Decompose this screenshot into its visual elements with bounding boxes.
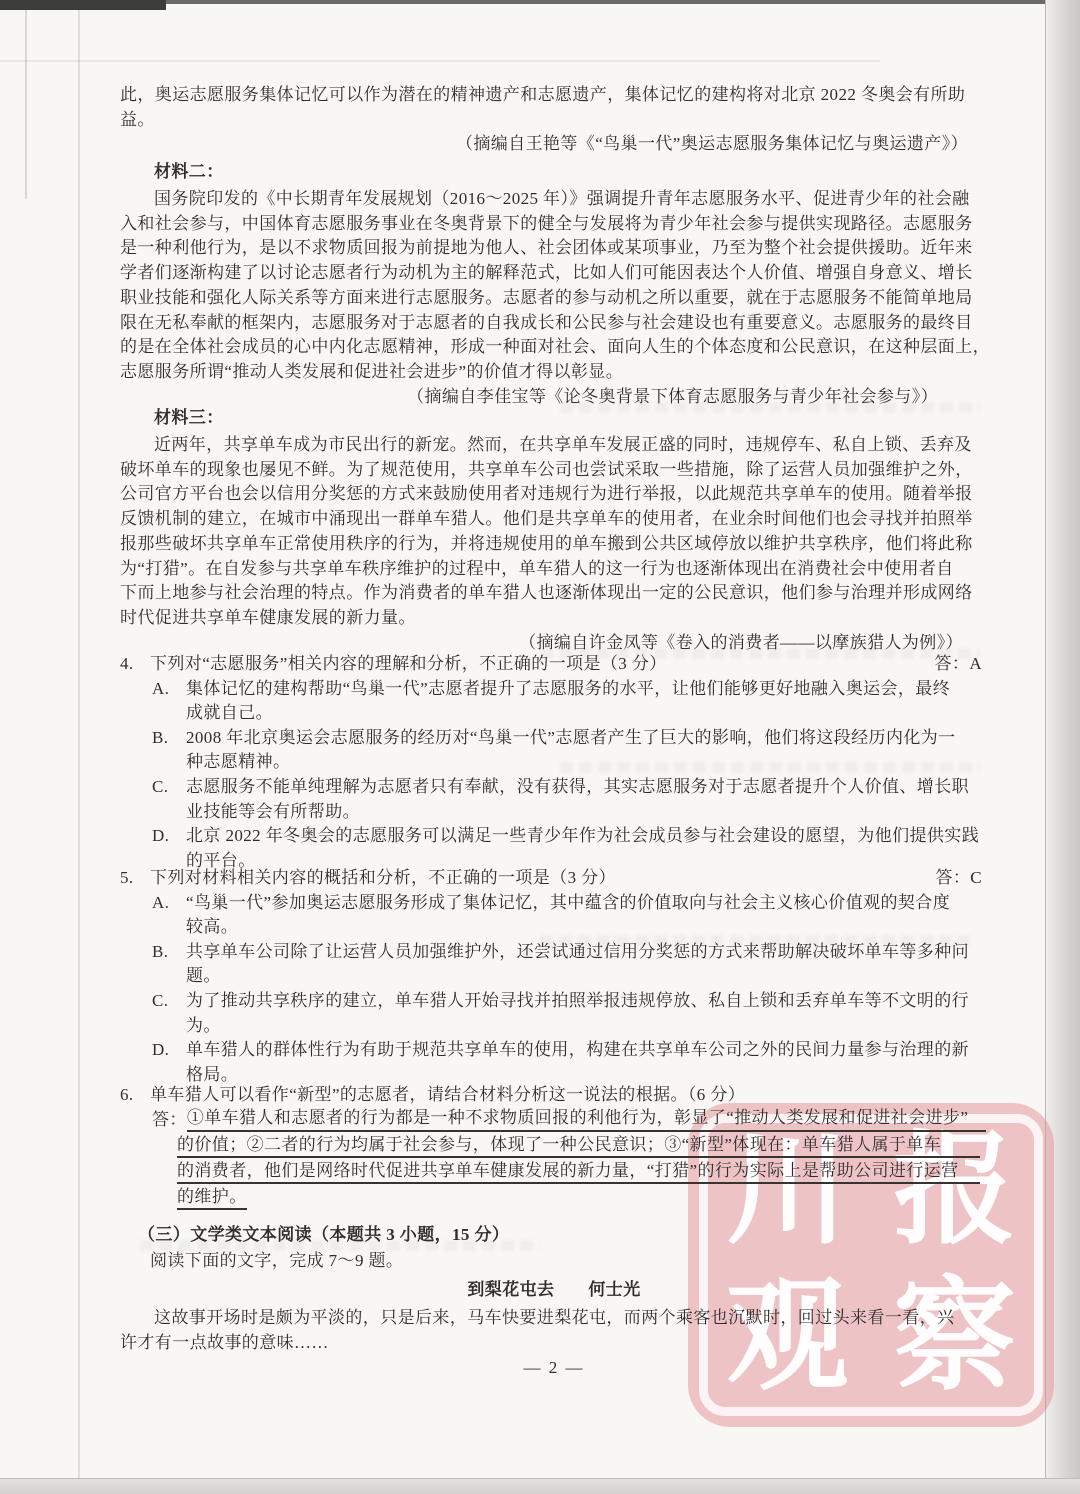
option-text-line: 集体记忆的建构帮助“鸟巢一代”志愿者提升了志愿服务的水平，让他们能够更好地融入奥… bbox=[186, 677, 988, 702]
material2-body: 国务院印发的《中长期青年发展规划（2016～2025 年）》强调提升青年志愿服务… bbox=[120, 187, 988, 409]
option-text-line: 业技能等会有所帮助。 bbox=[120, 800, 988, 825]
answer-key: 答：A bbox=[935, 652, 988, 677]
scan-left-line bbox=[25, 4, 27, 199]
body-text-line: 这故事开场时是颇为平淡的，只是后来，马车快要进梨花屯，而两个乘客也沉默时，回过头… bbox=[120, 1306, 988, 1331]
body-text-line: 近两年，共享单车成为市民出行的新宠。然而，在共享单车发展正盛的同时，违规停车、私… bbox=[120, 433, 988, 458]
option-label: D. bbox=[152, 1038, 186, 1063]
body-text-line: 公司官方平台也会以信用分奖惩的方式来鼓励使用者对违规行为进行举报，以此规范共享单… bbox=[120, 482, 988, 507]
body-text-line: 入和社会参与，中国体育志愿服务事业在冬奥背景下的健全与发展将为青少年社会参与提供… bbox=[120, 212, 988, 237]
question-number: 4. bbox=[120, 652, 150, 677]
page-number: — 2 — bbox=[120, 1356, 988, 1381]
body-text-line: 报那些破坏共享单车正常使用秩序的行为，并将违规使用的单车搬到公共区域停放以维护共… bbox=[120, 532, 988, 557]
option-label: C. bbox=[152, 989, 186, 1014]
material1-ending: 此，奥运志愿服务集体记忆可以作为潜在的精神遗产和志愿遗产，集体记忆的建构将对北京… bbox=[120, 83, 988, 157]
option-text-line: 单车猎人的群体性行为有助于规范共享单车的使用，构建在共享单车公司之外的民间力量参… bbox=[186, 1038, 988, 1063]
section-3: （三）文学类文本阅读（本题共 3 小题，15 分） 阅读下面的文字，完成 7～9… bbox=[120, 1222, 988, 1274]
option-label: A. bbox=[152, 677, 186, 702]
option-text-line: 为。 bbox=[120, 1014, 988, 1039]
material2-label: 材料二： bbox=[120, 160, 988, 185]
question-6: 6. 单车猎人可以看作“新型”的志愿者，请结合材料分析这一说法的根据。（6 分）… bbox=[120, 1082, 988, 1210]
question-number: 5. bbox=[120, 866, 150, 891]
material-heading: 材料二： bbox=[120, 160, 988, 185]
body-text-line: 国务院印发的《中长期青年发展规划（2016～2025 年）》强调提升青年志愿服务… bbox=[120, 187, 988, 212]
material-heading: 材料三： bbox=[120, 406, 988, 431]
section-heading: （三）文学类文本阅读（本题共 3 小题，15 分） bbox=[120, 1222, 988, 1248]
option-b: B. 共享单车公司除了让运营人员加强维护外，还尝试通过信用分奖惩的方式来帮助解决… bbox=[120, 940, 988, 965]
story-opening: 这故事开场时是颇为平淡的，只是后来，马车快要进梨花屯，而两个乘客也沉默时，回过头… bbox=[120, 1306, 988, 1355]
option-text-line: 志愿服务不能单纯理解为志愿者只有奉献，没有获得，其实志愿服务对于志愿者提升个人价… bbox=[186, 775, 988, 800]
option-label: B. bbox=[152, 940, 186, 965]
body-text-line: 志愿服务所谓“推动人类发展和促进社会进步”的价值才得以彰显。 bbox=[120, 360, 988, 385]
option-b: B. 2008 年北京奥运会志愿服务的经历对“鸟巢一代”志愿者产生了巨大的影响，… bbox=[120, 726, 988, 751]
scanned-exam-page: 川 报 观 察 此，奥运志愿服务集体记忆可以作为潜在的精神遗产和志愿遗产，集体记… bbox=[0, 0, 1080, 1494]
q6-answer: 答： ①单车猎人和志愿者的行为都是一种不求物质回报的利他行为，彰显了“推动人类发… bbox=[120, 1107, 988, 1132]
option-text-line: 共享单车公司除了让运营人员加强维护外，还尝试通过信用分奖惩的方式来帮助解决破坏单… bbox=[186, 940, 988, 965]
body-text-line: 反馈机制的建立，在城市中涌现出一群单车猎人。他们是共享单车的使用者，在业余时间他… bbox=[120, 507, 988, 532]
answer-text-line-underlined: ①单车猎人和志愿者的行为都是一种不求物质回报的利他行为，彰显了“推动人类发展和促… bbox=[187, 1107, 986, 1132]
option-a: A. 集体记忆的建构帮助“鸟巢一代”志愿者提升了志愿服务的水平，让他们能够更好地… bbox=[120, 677, 988, 702]
body-text-line: 下而上地参与社会治理的特点。作为消费者的单车猎人也逐渐体现出一定的公民意识，他们… bbox=[120, 581, 988, 606]
answer-key: 答：C bbox=[935, 866, 988, 891]
body-text-line: 时代促进共享单车健康发展的新力量。 bbox=[120, 606, 988, 631]
body-text-line: 是一种利他行为，是以不求物质回报为前提地为他人、社会团体或某项事业，乃至为整个社… bbox=[120, 236, 988, 261]
question-stem: 单车猎人可以看作“新型”的志愿者，请结合材料分析这一说法的根据。（6 分） bbox=[150, 1082, 988, 1107]
option-text-line: 2008 年北京奥运会志愿服务的经历对“鸟巢一代”志愿者产生了巨大的影响，他们将… bbox=[186, 726, 988, 751]
option-label: B. bbox=[152, 726, 186, 751]
option-text-line: 题。 bbox=[120, 964, 988, 989]
answer-text-line-underlined: 的维护。 bbox=[177, 1186, 247, 1210]
scan-edge-bottom bbox=[0, 1478, 1080, 1494]
body-text-line: 学者们逐渐构建了以讨论志愿者行为动机为主的解释范式，比如人们可能因表达个人价值、… bbox=[120, 261, 988, 286]
material3-body: 近两年，共享单车成为市民出行的新宠。然而，在共享单车发展正盛的同时，违规停车、私… bbox=[120, 433, 988, 655]
option-text-line: 为了推动共享秩序的建立，单车猎人开始寻找并拍照举报违规停放、私自上锁和丢弃单车等… bbox=[186, 989, 988, 1014]
body-text-line: 许才有一点故事的意味…… bbox=[120, 1331, 988, 1356]
option-c: C. 为了推动共享秩序的建立，单车猎人开始寻找并拍照举报违规停放、私自上锁和丢弃… bbox=[120, 989, 988, 1014]
page-fold-line bbox=[78, 8, 80, 1478]
body-text-line: 职业技能和强化人际关系等方面来进行志愿服务。志愿者的参与动机之所以重要，就在于志… bbox=[120, 286, 988, 311]
material3-label: 材料三： bbox=[120, 406, 988, 431]
option-c: C. 志愿服务不能单纯理解为志愿者只有奉献，没有获得，其实志愿服务对于志愿者提升… bbox=[120, 775, 988, 800]
body-text-line: 的是在全体社会成员的心中内化志愿精神，形成一种面对社会、面向人生的个体态度和公民… bbox=[120, 335, 988, 360]
option-label: A. bbox=[152, 891, 186, 916]
body-text-line: 此，奥运志愿服务集体记忆可以作为潜在的精神遗产和志愿遗产，集体记忆的建构将对北京… bbox=[120, 83, 988, 108]
question-number: 6. bbox=[120, 1082, 150, 1107]
story-title-row: 到梨花屯去 何士光 bbox=[120, 1278, 988, 1303]
option-d: D. 北京 2022 年冬奥会的志愿服务可以满足一些青少年作为社会成员参与社会建… bbox=[120, 824, 988, 849]
question-stem: 下列对材料相关内容的概括和分析，不正确的一项是（3 分） bbox=[150, 866, 935, 891]
scan-horizontal-line bbox=[0, 60, 880, 62]
option-text-line: 较高。 bbox=[120, 915, 988, 940]
body-text-line: 限在无私奉献的框架内，志愿服务对于志愿者的自我成长和公民参与社会建设也有重要意义… bbox=[120, 311, 988, 336]
option-label: D. bbox=[152, 824, 186, 849]
question-5: 5. 下列对材料相关内容的概括和分析，不正确的一项是（3 分） 答：C A. “… bbox=[120, 866, 988, 1087]
question-4: 4. 下列对“志愿服务”相关内容的理解和分析，不正确的一项是（3 分） 答：A … bbox=[120, 652, 988, 873]
story-author: 何士光 bbox=[588, 1278, 640, 1303]
option-label: C. bbox=[152, 775, 186, 800]
body-text-line: 为“打猎”。在自发参与共享单车秩序维护的过程中，单车猎人的这一行为也逐渐体现出在… bbox=[120, 557, 988, 582]
answer-text-line-underlined: 的价值；②二者的行为均属于社会参与，体现了一种公民意识；③“新型”体现在：单车猎… bbox=[177, 1134, 980, 1158]
option-text-line: 北京 2022 年冬奥会的志愿服务可以满足一些青少年作为社会成员参与社会建设的愿… bbox=[186, 824, 988, 849]
option-text-line: 种志愿精神。 bbox=[120, 750, 988, 775]
section-instruction: 阅读下面的文字，完成 7～9 题。 bbox=[120, 1248, 988, 1274]
body-text-line: 破坏单车的现象也屡见不鲜。为了规范使用，共享单车公司也尝试采取一些措施，除了运营… bbox=[120, 458, 988, 483]
option-text-line: “鸟巢一代”参加奥运志愿服务形成了集体记忆，其中蕴含的价值取向与社会主义核心价值… bbox=[186, 891, 988, 916]
source-attribution: （摘编自王艳等《“鸟巢一代”奥运志愿服务集体记忆与奥运遗产》） bbox=[120, 132, 988, 157]
body-text-line: 益。 bbox=[120, 108, 988, 133]
option-a: A. “鸟巢一代”参加奥运志愿服务形成了集体记忆，其中蕴含的价值取向与社会主义核… bbox=[120, 891, 988, 916]
option-text-line: 成就自己。 bbox=[120, 701, 988, 726]
option-d: D. 单车猎人的群体性行为有助于规范共享单车的使用，构建在共享单车公司之外的民间… bbox=[120, 1038, 988, 1063]
question-stem: 下列对“志愿服务”相关内容的理解和分析，不正确的一项是（3 分） bbox=[150, 652, 935, 677]
answer-prefix: 答： bbox=[152, 1107, 187, 1132]
story-title: 到梨花屯去 bbox=[467, 1278, 554, 1303]
answer-text-line-underlined: 的消费者，他们是网络时代促进共享单车健康发展的新力量，“打猎”的行为实际上是帮助… bbox=[177, 1160, 980, 1184]
